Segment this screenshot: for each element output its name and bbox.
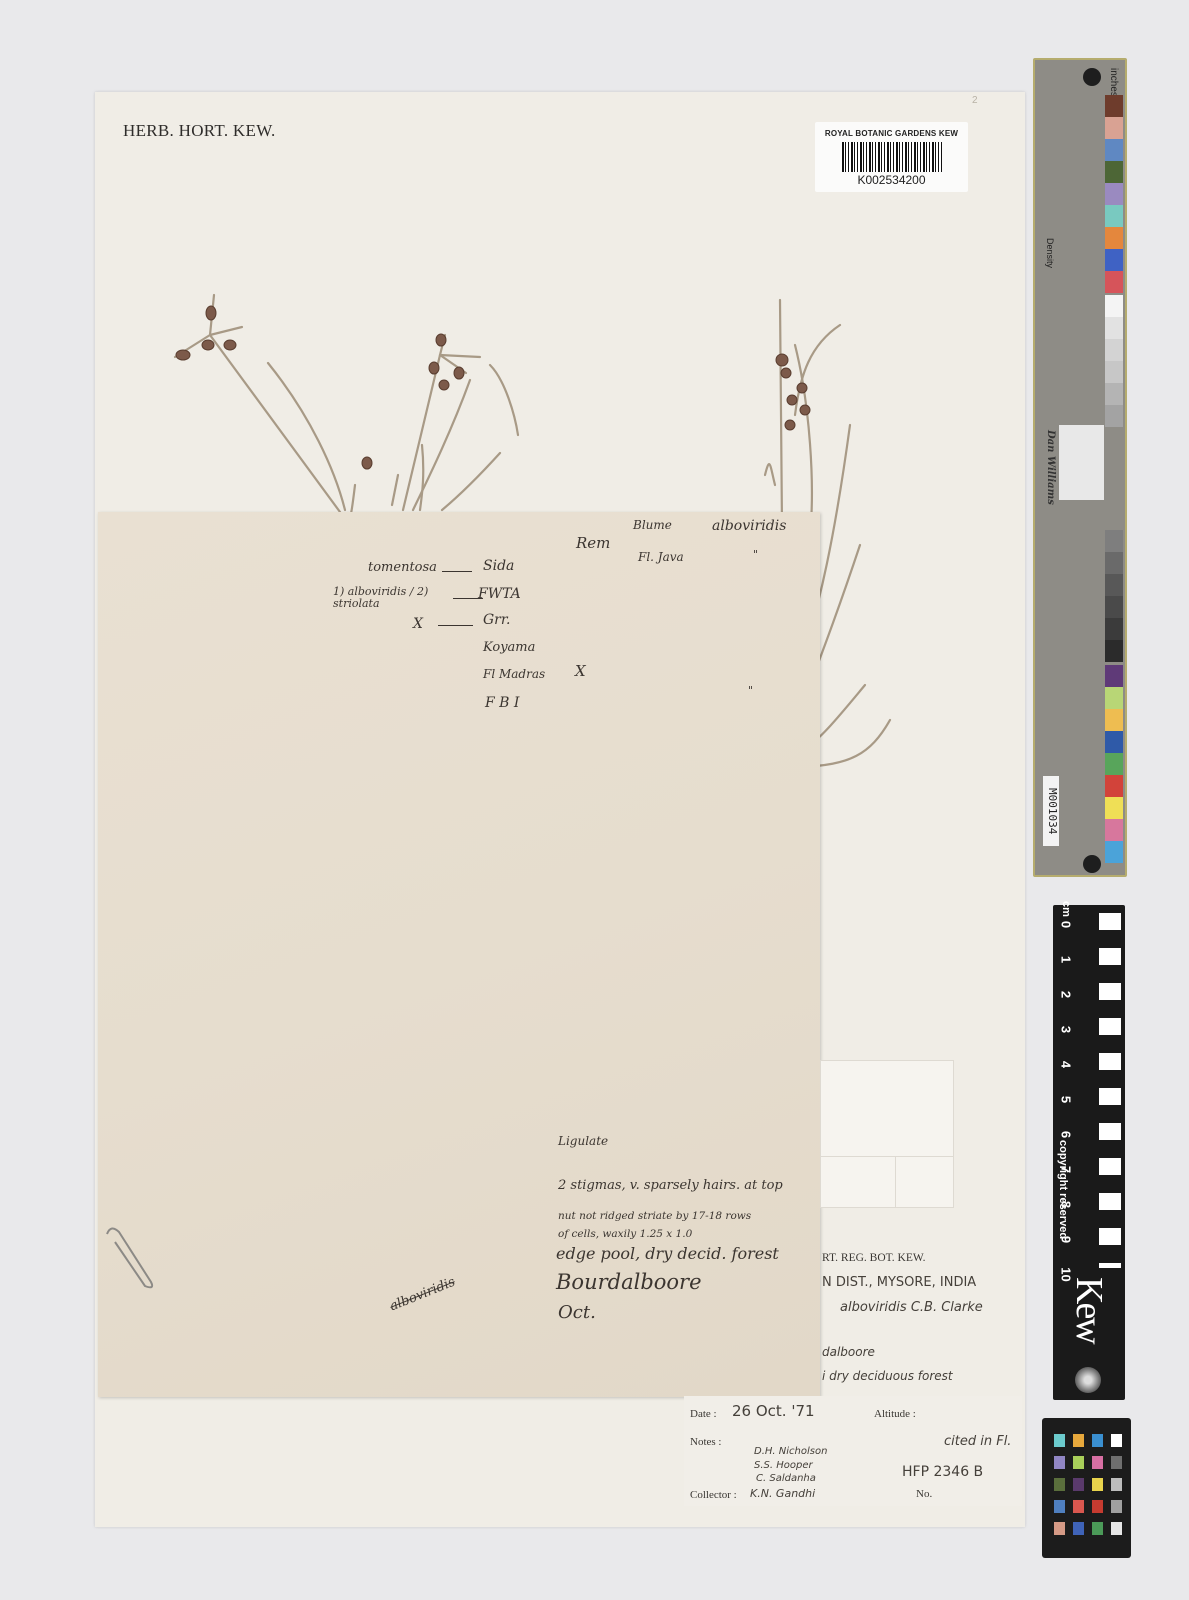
note-alboviridis: alboviridis xyxy=(712,518,786,534)
collector-4: K.N. Gandhi xyxy=(750,1487,815,1500)
kew-crest-icon xyxy=(1075,1367,1101,1393)
ref-fl-madras-mark: X xyxy=(575,662,586,680)
color-checker-chip xyxy=(1092,1500,1103,1513)
herbarium-header: HERB. HORT. KEW. xyxy=(123,121,276,141)
blank-label-patch xyxy=(895,1156,954,1208)
number-label: No. xyxy=(916,1488,932,1500)
color-swatch xyxy=(1105,205,1123,227)
label-institution: RT. REG. BOT. KEW. xyxy=(822,1252,926,1264)
cm-tick-label: 4 xyxy=(1059,1055,1074,1075)
color-swatch xyxy=(1105,405,1123,427)
date-label: Date : xyxy=(690,1408,717,1420)
note-ligulate: Ligulate xyxy=(558,1134,608,1148)
color-checker-chip xyxy=(1054,1478,1065,1491)
color-swatch xyxy=(1105,819,1123,841)
ref-rem: Rem xyxy=(576,534,610,552)
color-calibration-ruler: inches Density Dan Williams M001034 cent… xyxy=(1033,58,1127,877)
color-checker-chip xyxy=(1092,1434,1103,1447)
cm-tick-label: 0 xyxy=(1059,915,1074,935)
notes-value: cited in Fl. xyxy=(944,1434,1011,1449)
color-checker-chip xyxy=(1073,1500,1084,1513)
color-swatch xyxy=(1105,530,1123,552)
color-checker-chip xyxy=(1092,1456,1103,1469)
color-swatch xyxy=(1105,775,1123,797)
color-checker-chip xyxy=(1111,1478,1122,1491)
kew-logo: Kew xyxy=(1067,1277,1111,1343)
kew-cm-ruler: cm 012345678910 copyright reserved Kew xyxy=(1053,905,1125,1400)
ref-fwta: FWTA xyxy=(478,586,521,602)
color-checker-chip xyxy=(1092,1522,1103,1535)
ruler-inset-scale xyxy=(1059,425,1104,500)
color-swatch xyxy=(1105,687,1123,709)
label-habitat: i dry deciduous forest xyxy=(822,1369,953,1383)
date-value: 26 Oct. '71 xyxy=(732,1402,815,1420)
color-checker-chip xyxy=(1054,1500,1065,1513)
color-checker-chip xyxy=(1111,1456,1122,1469)
altitude-label: Altitude : xyxy=(874,1408,916,1420)
note-x: X xyxy=(413,616,423,632)
color-checker-chip xyxy=(1054,1522,1065,1535)
ruler-hole-icon xyxy=(1083,855,1101,873)
ref-fbi: F B I xyxy=(485,695,519,711)
note-nut: nut not ridged striate by 17-18 rows xyxy=(558,1210,751,1222)
dash-line xyxy=(442,571,472,572)
ref-koyama: Koyama xyxy=(483,640,535,655)
label-locality: N DIST., MYSORE, INDIA xyxy=(822,1275,976,1290)
color-swatch xyxy=(1105,841,1123,863)
label-determination: alboviridis C.B. Clarke xyxy=(840,1300,983,1315)
color-swatch xyxy=(1105,249,1123,271)
color-swatch xyxy=(1105,665,1123,687)
color-checker-chip xyxy=(1054,1434,1065,1447)
dash-line xyxy=(453,598,483,599)
color-swatch xyxy=(1105,271,1123,293)
ditto-mark-2: " xyxy=(748,684,753,697)
note-locality: Bourdalboore xyxy=(556,1270,702,1294)
ruler-code: M001034 xyxy=(1043,776,1059,846)
ref-blume: Blume xyxy=(633,518,672,532)
color-checker-chip xyxy=(1073,1434,1084,1447)
blank-label-patch xyxy=(820,1156,897,1208)
barcode-number: K002534200 xyxy=(815,173,968,187)
color-checker-chip xyxy=(1111,1522,1122,1535)
color-swatch xyxy=(1105,383,1123,405)
color-swatch xyxy=(1105,797,1123,819)
color-swatch xyxy=(1105,183,1123,205)
cm-scale-bar xyxy=(1099,913,1121,1268)
ruler-hole-icon xyxy=(1083,68,1101,86)
color-checker-chip xyxy=(1073,1456,1084,1469)
note-stigmas: 2 stigmas, v. sparsely hairs. at top xyxy=(558,1178,783,1193)
note-alboviridis-striolata: 1) alboviridis / 2) striolata xyxy=(333,586,443,610)
paper-clip-icon xyxy=(105,1224,155,1290)
annotation-folder: Rem Blume Fl. Java alboviridis " Sida FW… xyxy=(98,512,820,1397)
barcode-organization: ROYAL BOTANIC GARDENS KEW xyxy=(815,129,968,138)
cm-tick-label: 5 xyxy=(1059,1090,1074,1110)
copyright-text: copyright reserved xyxy=(1057,1140,1069,1239)
ruler-density-label: Density xyxy=(1045,238,1055,268)
color-swatch xyxy=(1105,317,1123,339)
ruler-inches-label: inches xyxy=(1108,68,1119,97)
cm-tick-label: 3 xyxy=(1059,1020,1074,1040)
collector-3: C. Saldanha xyxy=(756,1473,816,1484)
barcode-icon xyxy=(842,142,942,172)
color-swatch xyxy=(1105,753,1123,775)
collection-number: HFP 2346 B xyxy=(902,1464,983,1480)
sheet-corner-mark: 2 xyxy=(972,95,978,106)
label-place: dalboore xyxy=(822,1345,875,1359)
note-cells: of cells, waxily 1.25 x 1.0 xyxy=(558,1228,692,1240)
collection-label: Date : 26 Oct. '71 Altitude : Notes : ci… xyxy=(684,1396,1022,1506)
dash-line xyxy=(438,625,473,626)
color-swatch xyxy=(1105,709,1123,731)
ref-fl-madras: Fl Madras xyxy=(483,667,545,681)
notes-label: Notes : xyxy=(690,1436,721,1448)
color-checker-chip xyxy=(1073,1478,1084,1491)
color-swatch xyxy=(1105,361,1123,383)
color-swatch xyxy=(1105,161,1123,183)
ref-grr: Grr. xyxy=(483,612,510,628)
color-swatch xyxy=(1105,95,1123,117)
collector-2: S.S. Hooper xyxy=(754,1460,813,1471)
color-checker-card xyxy=(1042,1418,1131,1558)
color-checker-chip xyxy=(1111,1434,1122,1447)
color-swatch xyxy=(1105,574,1123,596)
color-swatch xyxy=(1105,596,1123,618)
cm-tick-label: 2 xyxy=(1059,985,1074,1005)
color-swatch xyxy=(1105,117,1123,139)
color-checker-chip xyxy=(1073,1522,1084,1535)
color-swatch xyxy=(1105,552,1123,574)
color-checker-chip xyxy=(1111,1500,1122,1513)
color-swatch xyxy=(1105,339,1123,361)
note-tomentosa: tomentosa xyxy=(368,560,437,575)
collector-label: Collector : xyxy=(690,1489,737,1501)
note-month: Oct. xyxy=(558,1302,596,1323)
ruler-brand: Dan Williams xyxy=(1045,430,1056,505)
ref-fl-java: Fl. Java xyxy=(638,550,684,564)
color-swatch xyxy=(1105,618,1123,640)
color-swatch xyxy=(1105,227,1123,249)
color-swatch xyxy=(1105,731,1123,753)
ref-sida: Sida xyxy=(483,558,514,574)
color-swatch xyxy=(1105,295,1123,317)
ditto-mark-1: " xyxy=(753,548,758,561)
barcode-label: ROYAL BOTANIC GARDENS KEW K002534200 xyxy=(815,122,968,192)
color-swatch xyxy=(1105,640,1123,662)
color-swatch xyxy=(1105,139,1123,161)
struck-name: alboviridis xyxy=(388,1275,458,1315)
collector-1: D.H. Nicholson xyxy=(754,1446,827,1457)
blank-label-patch xyxy=(820,1060,954,1158)
color-checker-chip xyxy=(1054,1456,1065,1469)
color-checker-chip xyxy=(1092,1478,1103,1491)
cm-tick-label: 1 xyxy=(1059,950,1074,970)
note-habitat: edge pool, dry decid. forest xyxy=(556,1244,779,1263)
